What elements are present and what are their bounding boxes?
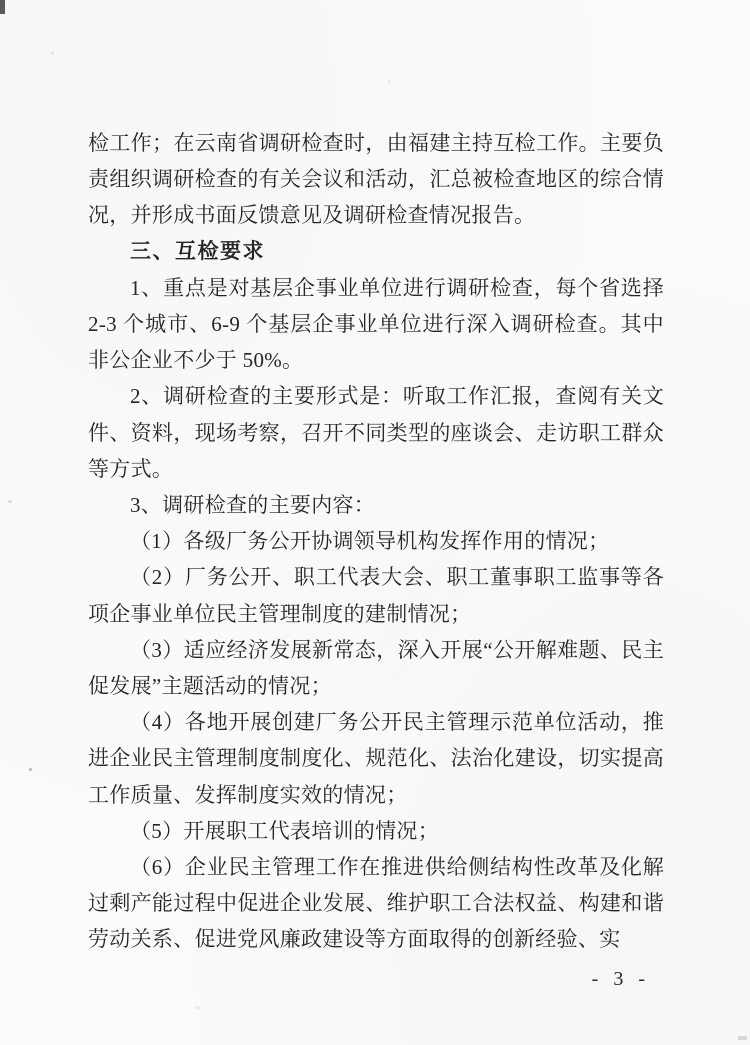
scan-speckle [51, 52, 54, 55]
sub-item-3: （3）适应经济发展新常态，深入开展“公开解难题、民主促发展”主题活动的情况； [88, 632, 664, 704]
sub-item-1: （1）各级厂务公开协调领导机构发挥作用的情况； [88, 523, 664, 559]
numbered-item-1: 1、重点是对基层企事业单位进行调研检查，每个省选择 2-3 个城市、6-9 个基… [88, 270, 664, 379]
scan-speckle [738, 1036, 747, 1040]
paragraph-continuation: 检工作；在云南省调研检查时，由福建主持互检工作。主要负责组织调研检查的有关会议和… [88, 125, 664, 234]
section-heading: 三、互检要求 [88, 234, 664, 270]
sub-item-6: （6）企业民主管理工作在推进供给侧结构性改革及化解过剩产能过程中促进企业发展、维… [88, 849, 664, 958]
scan-speckle [388, 80, 391, 83]
scan-corner-artifact [0, 0, 5, 14]
document-body: 检工作；在云南省调研检查时，由福建主持互检工作。主要负责组织调研检查的有关会议和… [88, 125, 664, 958]
scan-speckle [8, 500, 12, 503]
numbered-item-2: 2、调研检查的主要形式是：听取工作汇报，查阅有关文件、资料，现场考察，召开不同类… [88, 378, 664, 487]
numbered-item-3: 3、调研检查的主要内容： [88, 487, 664, 523]
sub-item-5: （5）开展职工代表培训的情况； [88, 813, 664, 849]
scan-speckle [195, 1006, 201, 1009]
page-number: - 3 - [592, 968, 650, 991]
sub-item-4: （4）各地开展创建厂务公开民主管理示范单位活动，推进企业民主管理制度制度化、规范… [88, 704, 664, 813]
scan-speckle [29, 768, 32, 771]
sub-item-2: （2）厂务公开、职工代表大会、职工董事职工监事等各项企事业单位民主管理制度的建制… [88, 559, 664, 631]
